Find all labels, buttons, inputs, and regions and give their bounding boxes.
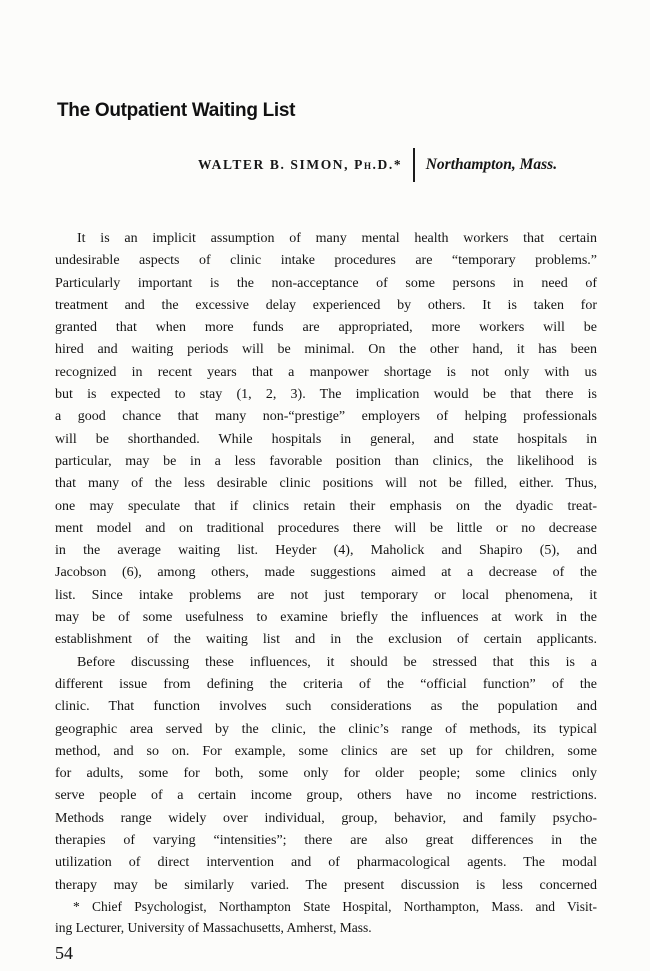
text-line: clinic. That function involves such cons… (55, 696, 597, 718)
text-line: recognized in recent years that a manpow… (55, 362, 597, 384)
text-line: but is expected to stay (1, 2, 3). The i… (55, 384, 597, 406)
text-line: method, and so on. For example, some cli… (55, 741, 597, 763)
author-name: WALTER B. SIMON, Ph.D.* (198, 157, 402, 173)
text-line: list. Since intake problems are not just… (55, 585, 597, 607)
text-line: therapies of varying “intensities”; ther… (55, 830, 597, 852)
text-line: ing Lecturer, University of Massachusett… (55, 918, 597, 939)
text-line: a good chance that many non-“prestige” e… (55, 406, 597, 428)
paragraph: It is an implicit assumption of many men… (55, 228, 597, 652)
text-line: may be of some usefulness to examine bri… (55, 607, 597, 629)
article-title: The Outpatient Waiting List (57, 100, 295, 122)
text-line: different issue from defining the criter… (55, 674, 597, 696)
text-line: granted that when more funds are appropr… (55, 317, 597, 339)
text-line: will be shorthanded. While hospitals in … (55, 429, 597, 451)
text-line: serve people of a certain income group, … (55, 785, 597, 807)
footnote: * Chief Psychologist, Northampton State … (55, 897, 597, 938)
paragraph: Before discussing these influences, it s… (55, 652, 597, 897)
text-line: * Chief Psychologist, Northampton State … (55, 897, 597, 918)
text-line: Particularly important is the non-accept… (55, 273, 597, 295)
text-line: undesirable aspects of clinic intake pro… (55, 250, 597, 272)
text-line: Methods range widely over individual, gr… (55, 808, 597, 830)
text-line: one may speculate that if clinics retain… (55, 496, 597, 518)
text-line: in the average waiting list. Heyder (4),… (55, 540, 597, 562)
author-location: Northampton, Mass. (426, 156, 557, 174)
text-line: for adults, some for both, some only for… (55, 763, 597, 785)
article-body: It is an implicit assumption of many men… (55, 228, 597, 897)
text-line: ment model and on traditional procedures… (55, 518, 597, 540)
text-line: Before discussing these influences, it s… (55, 652, 597, 674)
scanned-page: The Outpatient Waiting List WALTER B. SI… (0, 0, 650, 971)
text-line: treatment and the excessive delay experi… (55, 295, 597, 317)
text-line: utilization of direct intervention and o… (55, 852, 597, 874)
text-line: therapy may be similarly varied. The pre… (55, 875, 597, 897)
text-line: hired and waiting periods will be minima… (55, 339, 597, 361)
text-line: that many of the less desirable clinic p… (55, 473, 597, 495)
text-line: Jacobson (6), among others, made suggest… (55, 562, 597, 584)
text-line: geographic area served by the clinic, th… (55, 719, 597, 741)
byline: WALTER B. SIMON, Ph.D.* Northampton, Mas… (198, 148, 557, 182)
text-line: particular, may be in a less favorable p… (55, 451, 597, 473)
text-line: establishment of the waiting list and in… (55, 629, 597, 651)
text-line: It is an implicit assumption of many men… (55, 228, 597, 250)
byline-divider-rule (413, 148, 415, 182)
page-number: 54 (55, 943, 73, 964)
